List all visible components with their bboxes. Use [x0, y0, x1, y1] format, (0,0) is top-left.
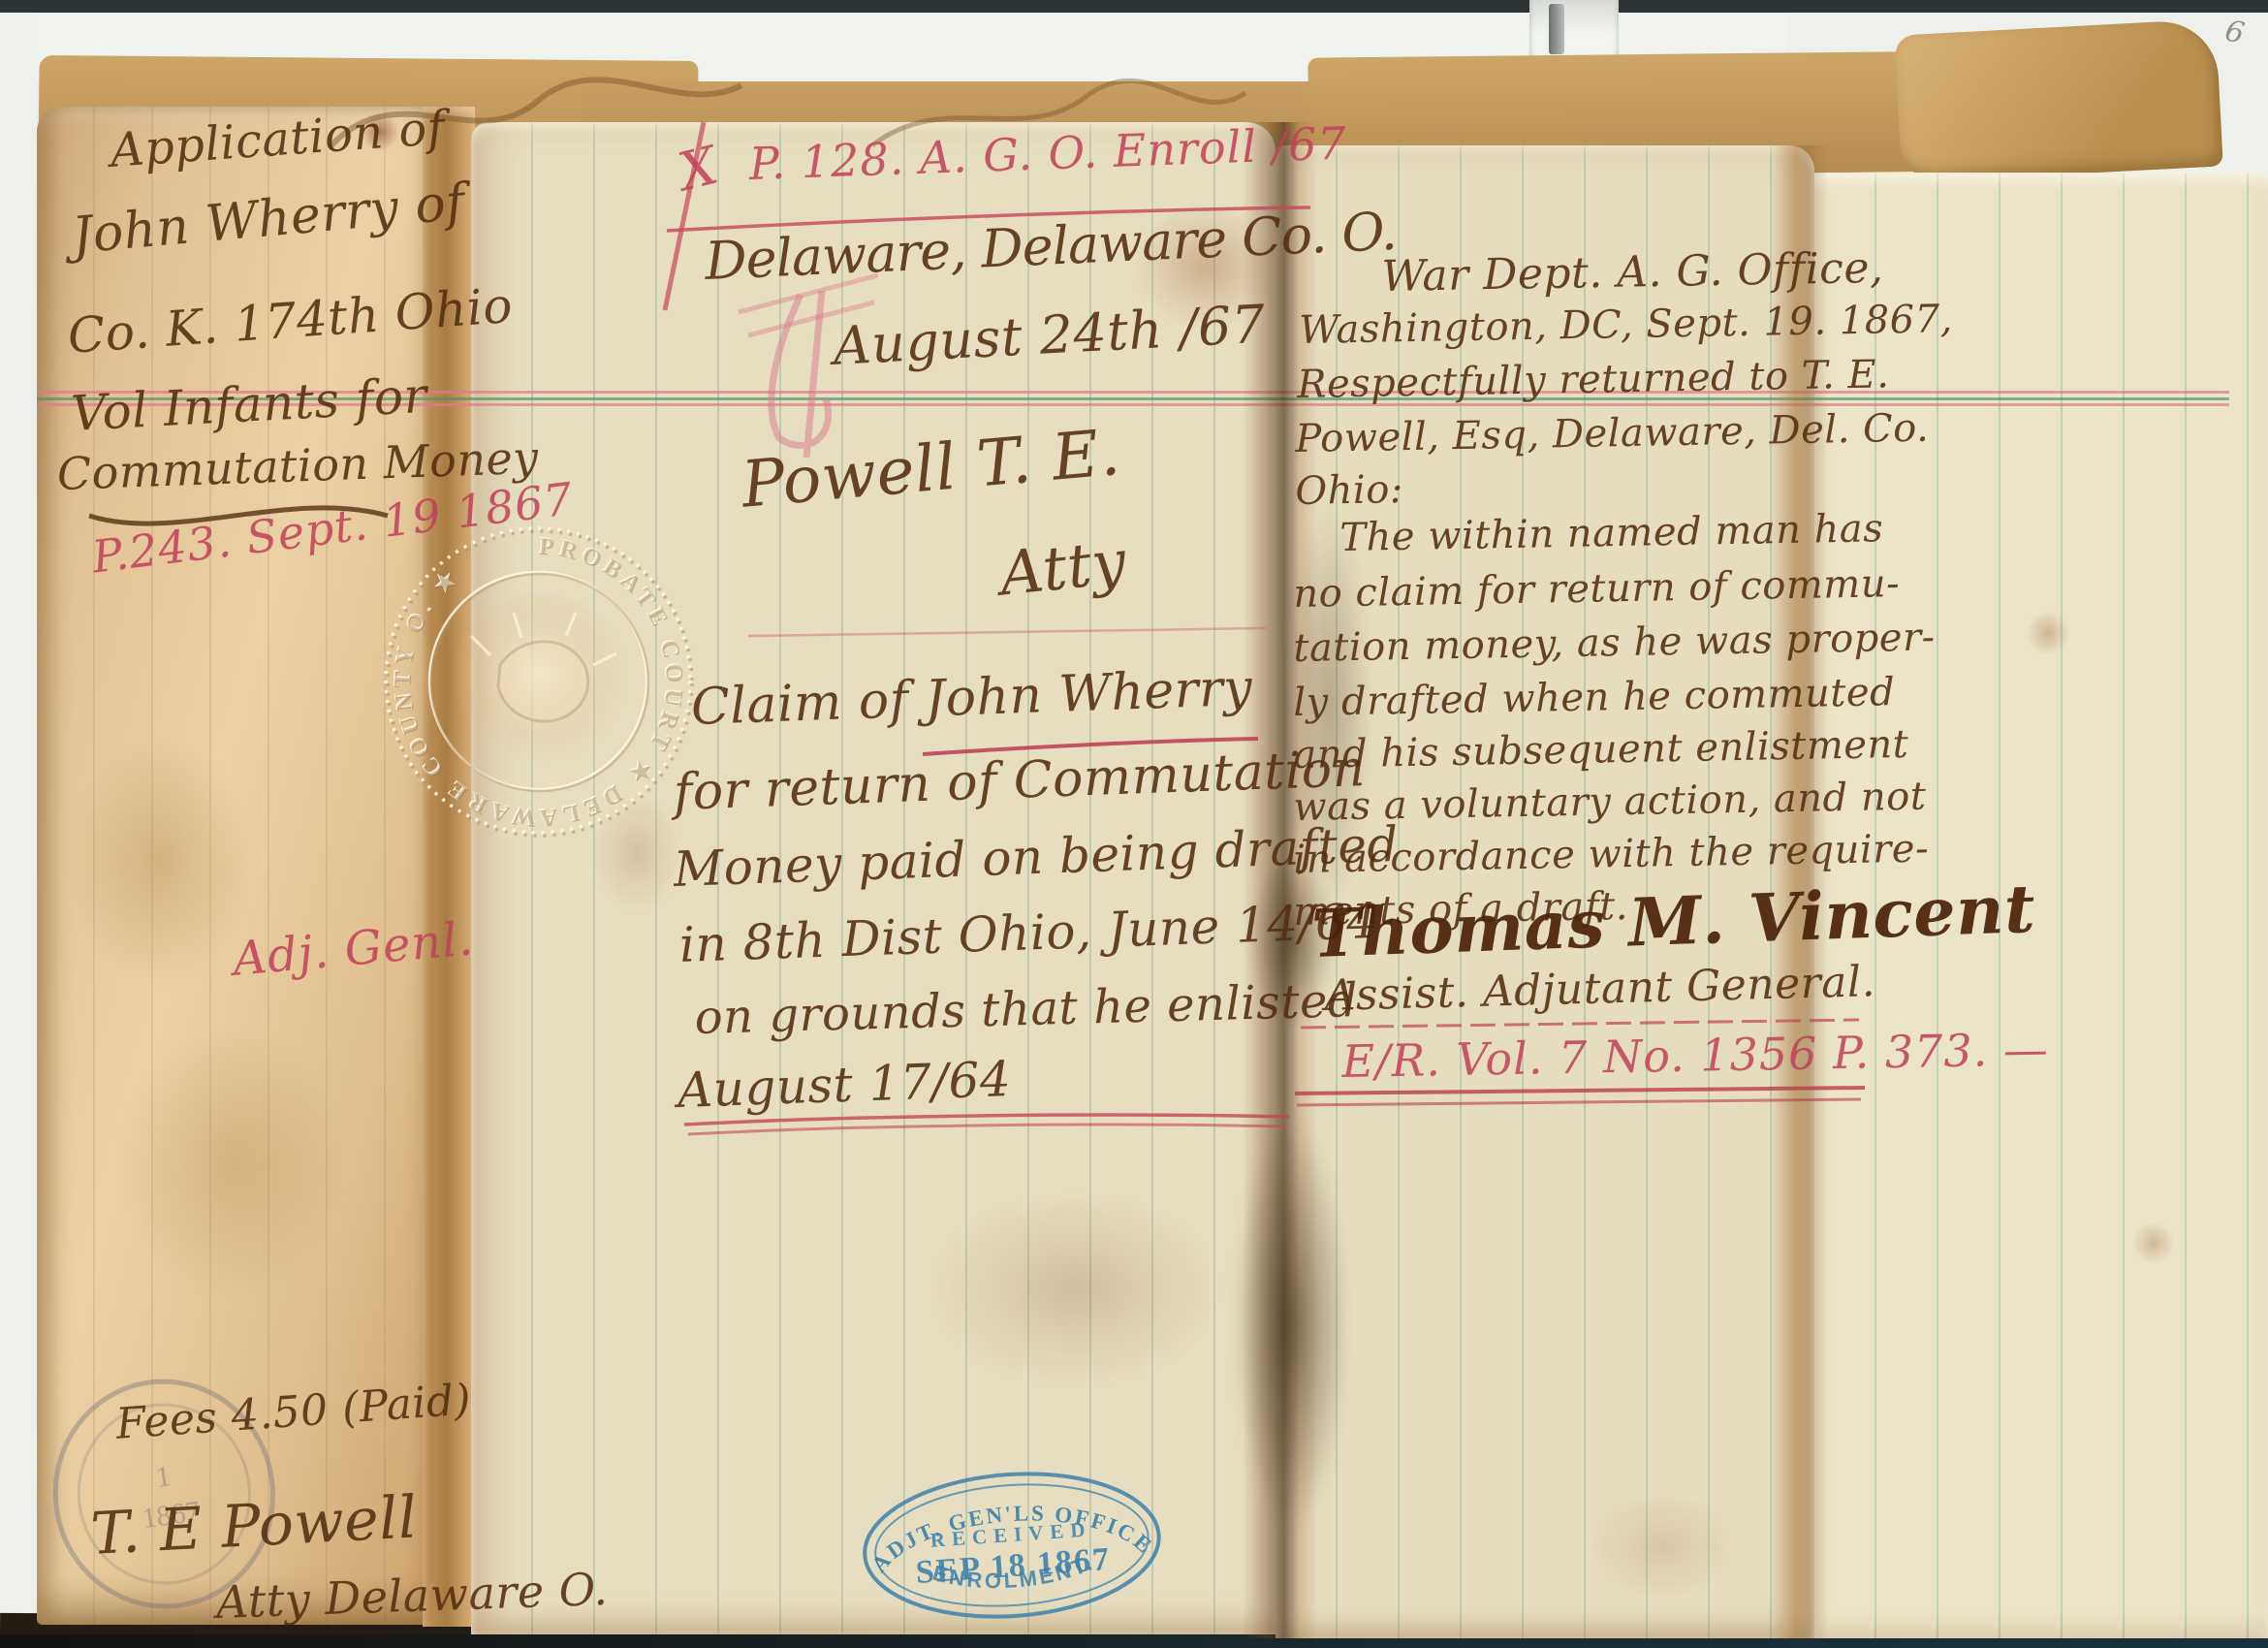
record-ref-double-rule-1: [1295, 1088, 1865, 1093]
atty-faint-rule: [748, 628, 1266, 636]
received-stamp: ADJT. GEN'LS OFFICE RECEIVED SEP 18 1867…: [843, 1448, 1181, 1643]
claim-red-flourish-2: [688, 1125, 1285, 1134]
letter-attorney-title: Atty: [996, 525, 1129, 609]
claim-red-flourish-1: [684, 1115, 1289, 1125]
record-ref-dashed-rule: [1301, 1020, 1859, 1028]
record-ref-double-rule-2: [1297, 1099, 1861, 1105]
letter-body-line: August 17/64: [677, 1051, 1012, 1119]
endorsement-line: Ohio:: [1295, 467, 1403, 514]
scanned-document: PROBATE COURT ★ DELAWARE COUNTY O. ★ PRO…: [0, 0, 2268, 1648]
endorsement-line: The within named man has: [1339, 506, 1884, 560]
endorsement-line: War Dept. A. G. Office,: [1381, 243, 1884, 301]
